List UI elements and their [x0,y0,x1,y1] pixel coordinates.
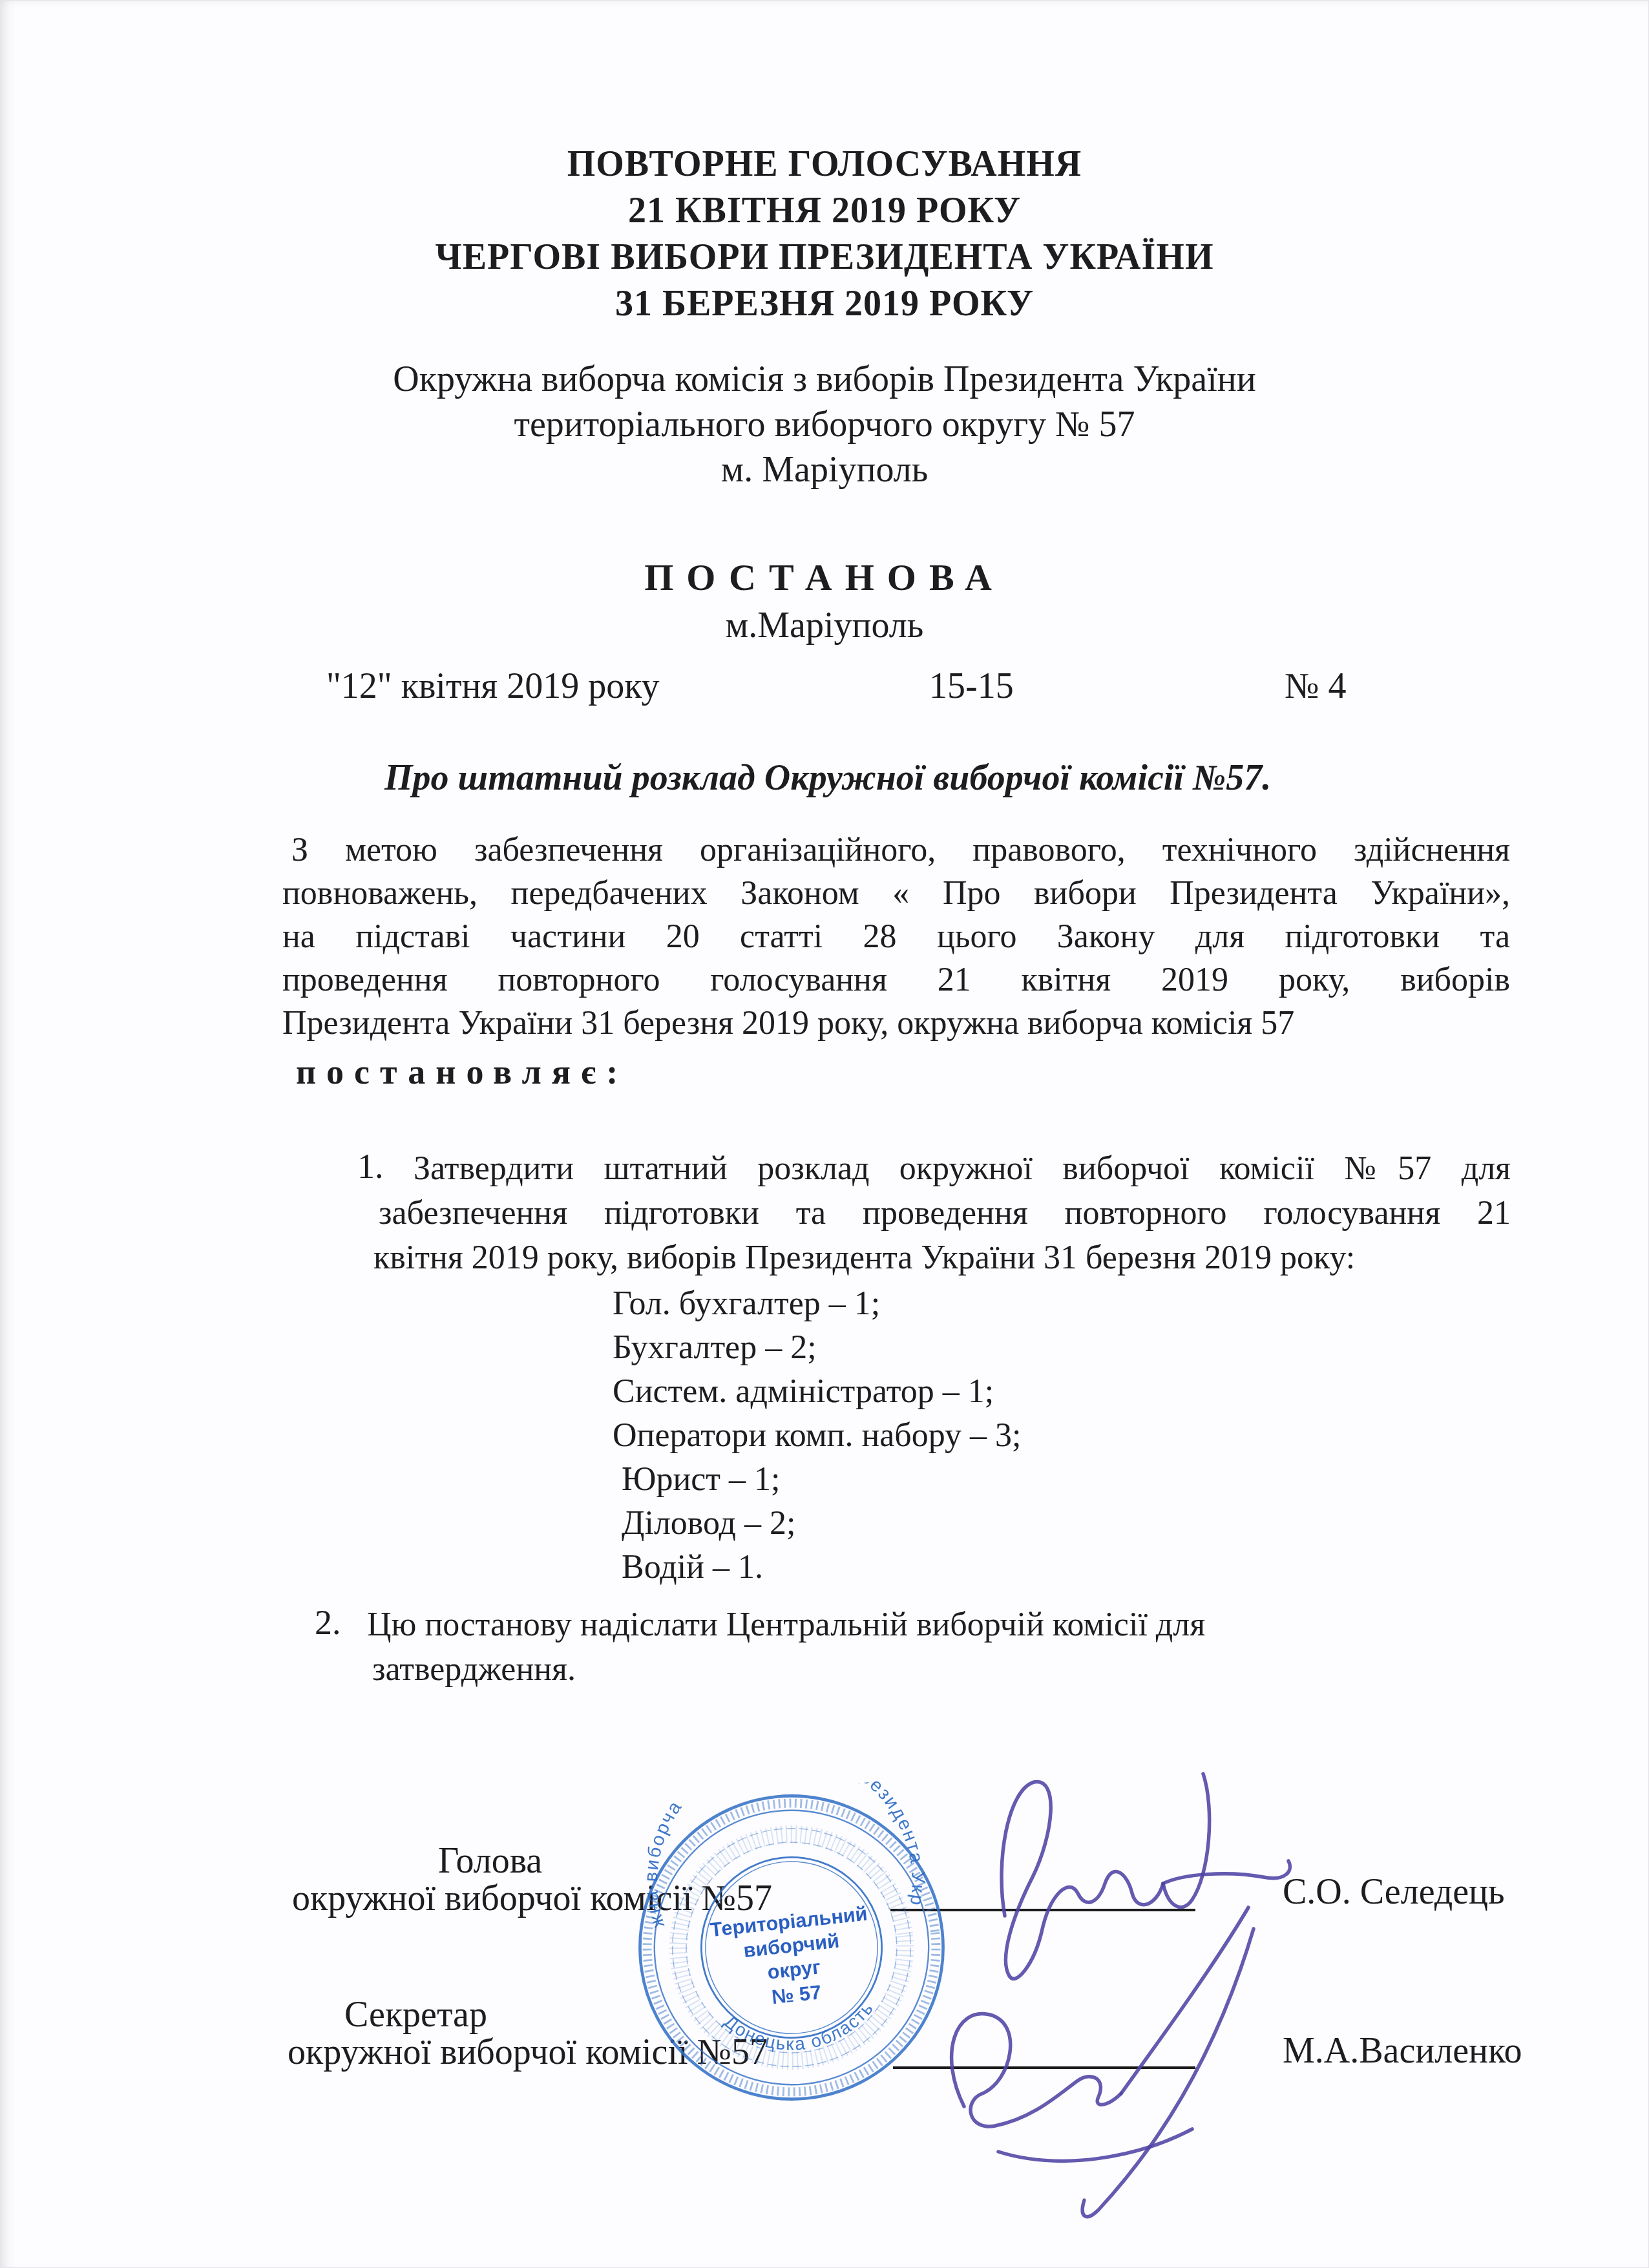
resolution-heading: ПОСТАНОВА [0,556,1649,599]
header-line: ЧЕРГОВІ ВИБОРИ ПРЕЗИДЕНТА УКРАЇНИ [0,234,1649,280]
paragraph-line: на підставі частини 20 статті 28 цього З… [282,915,1510,958]
paragraph-line: З метою забезпечення організаційного, пр… [282,828,1510,872]
secretary-signature-ink [952,2014,1121,2126]
staff-item: Оператори комп. набору – 3; [613,1414,1022,1458]
staff-item: Водій – 1. [622,1546,1022,1590]
staff-item: Гол. бухгалтер – 1; [613,1282,1022,1326]
commission-line: Окружна виборча комісія з виборів Презид… [0,357,1649,402]
secretary-signature-ink [1082,1929,1254,2217]
staff-item: Бухгалтер – 2; [613,1326,1022,1370]
commission-line: м. Маріуполь [0,447,1649,492]
resolution-date: "12" квітня 2019 року [326,666,660,707]
staff-item: Діловод – 2; [622,1502,1022,1546]
item2-text: Цю постанову надіслати Центральній вибор… [367,1602,1375,1692]
resolution-subject: Про штатний розклад Окружної виборчої ко… [384,757,1271,799]
header-line: 31 БЕРЕЗНЯ 2019 РОКУ [0,280,1649,327]
staff-item: Юрист – 1; [622,1458,1022,1502]
ink-signatures [827,1745,1396,2249]
stamp-center-line: округ [766,1955,822,1983]
item1-line: забезпечення підготовки та проведення по… [368,1191,1511,1235]
item2-number: 2. [315,1602,341,1643]
election-header: ПОВТОРНЕ ГОЛОСУВАННЯ 21 КВІТНЯ 2019 РОКУ… [0,141,1649,327]
staff-list: Гол. бухгалтер – 1; Бухгалтер – 2; Систе… [613,1282,1022,1590]
preamble-paragraph: З метою забезпечення організаційного, пр… [282,828,1510,1045]
secretary-signature-ink [998,2129,1192,2161]
header-line: ПОВТОРНЕ ГОЛОСУВАННЯ [0,141,1649,187]
resolution-number: № 4 [1285,666,1346,707]
staff-item: Систем. адміністратор – 1; [613,1370,1022,1414]
stamp-center-line: № 57 [771,1980,823,2008]
header-line: 21 КВІТНЯ 2019 РОКУ [0,187,1649,234]
paragraph-line: Президента України 31 березня 2019 року,… [282,1002,1510,1045]
item1-line: Затвердити штатний розклад окружної вибо… [368,1146,1511,1191]
item2-line: затвердження. [367,1647,1375,1692]
paragraph-line: повноважень, передбачених Законом « Про … [282,872,1510,915]
resolution-time: 15-15 [929,666,1014,707]
chair-signature-ink [1002,1782,1163,1979]
item2-line: Цю постанову надіслати Центральній вибор… [367,1602,1375,1647]
item1-line: квітня 2019 року, виборів Президента Укр… [368,1235,1511,1280]
item1-text: Затвердити штатний розклад окружної вибо… [368,1146,1511,1280]
commission-block: Окружна виборча комісія з виборів Презид… [0,357,1649,492]
chair-signature-ink [1163,1861,1290,1884]
chair-signature-ink [1163,1774,1210,1907]
document-page: ПОВТОРНЕ ГОЛОСУВАННЯ 21 КВІТНЯ 2019 РОКУ… [0,0,1649,2268]
chair-role-line1: Голова [438,1840,542,1882]
paragraph-line: проведення повторного голосування 21 кві… [282,958,1510,1002]
commission-line: територіального виборчого округу № 57 [0,402,1649,447]
secretary-role-line1: Секретар [344,1994,487,2035]
decree-word: постановляє: [296,1052,628,1092]
resolution-city: м.Маріуполь [0,605,1649,646]
